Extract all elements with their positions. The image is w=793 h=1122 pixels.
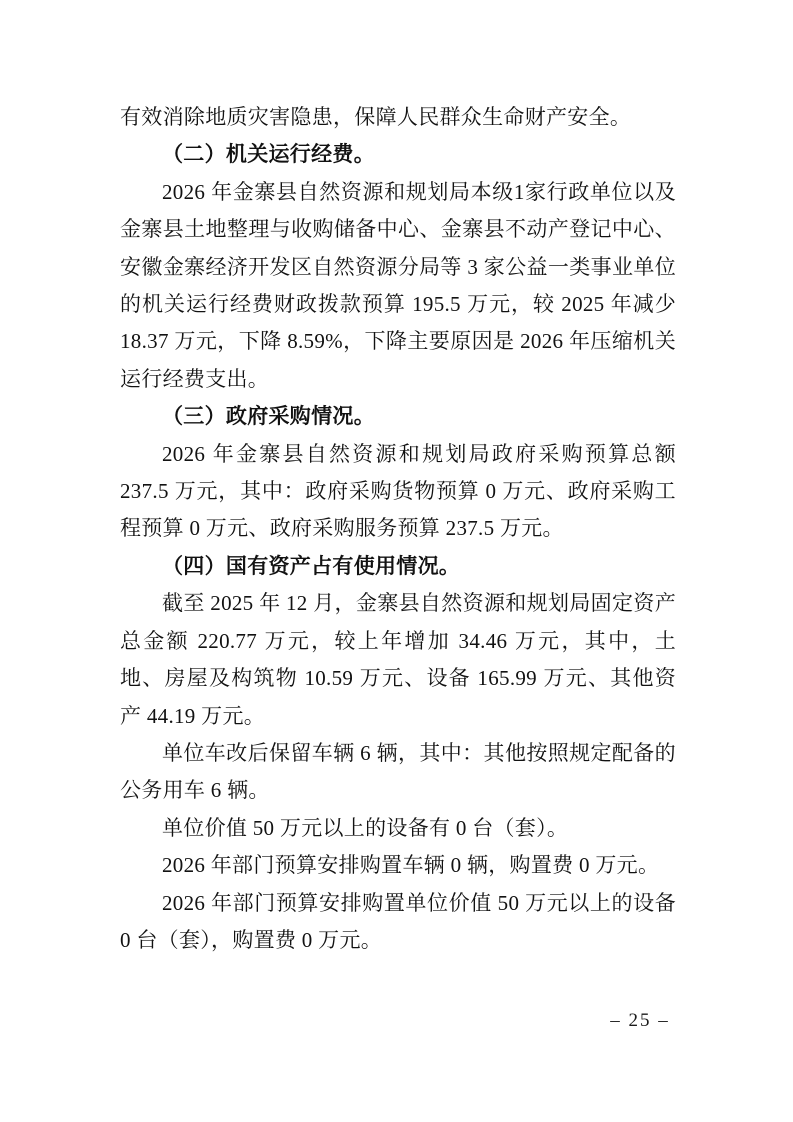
paragraph-government-procurement: 2026 年金寨县自然资源和规划局政府采购预算总额 237.5 万元，其中：政府… <box>120 436 676 548</box>
paragraph-vehicle-purchase-budget: 2026 年部门预算安排购置车辆 0 辆，购置费 0 万元。 <box>120 847 676 884</box>
paragraph-retained-vehicles: 单位车改后保留车辆 6 辆，其中：其他按照规定配备的公务用车 6 辆。 <box>120 735 676 810</box>
paragraph-fixed-assets: 截至 2025 年 12 月，金寨县自然资源和规划局固定资产总金额 220.77… <box>120 585 676 735</box>
paragraph-agency-operating-costs: 2026 年金寨县自然资源和规划局本级1家行政单位以及金寨县土地整理与收购储备中… <box>120 174 676 398</box>
section-heading-agency-operating-costs: （二）机关运行经费。 <box>120 136 676 173</box>
section-heading-state-assets: （四）国有资产占有使用情况。 <box>120 548 676 585</box>
document-body: 有效消除地质灾害隐患，保障人民群众生命财产安全。 （二）机关运行经费。 2026… <box>120 99 676 959</box>
paragraph-geologic-hazard-conclusion: 有效消除地质灾害隐患，保障人民群众生命财产安全。 <box>120 99 676 136</box>
document-page: 有效消除地质灾害隐患，保障人民群众生命财产安全。 （二）机关运行经费。 2026… <box>0 0 793 1122</box>
paragraph-equipment-over-500k: 单位价值 50 万元以上的设备有 0 台（套）。 <box>120 810 676 847</box>
section-heading-government-procurement: （三）政府采购情况。 <box>120 398 676 435</box>
paragraph-equipment-purchase-budget: 2026 年部门预算安排购置单位价值 50 万元以上的设备 0 台（套），购置费… <box>120 885 676 960</box>
page-number: – 25 – <box>560 1010 720 1032</box>
